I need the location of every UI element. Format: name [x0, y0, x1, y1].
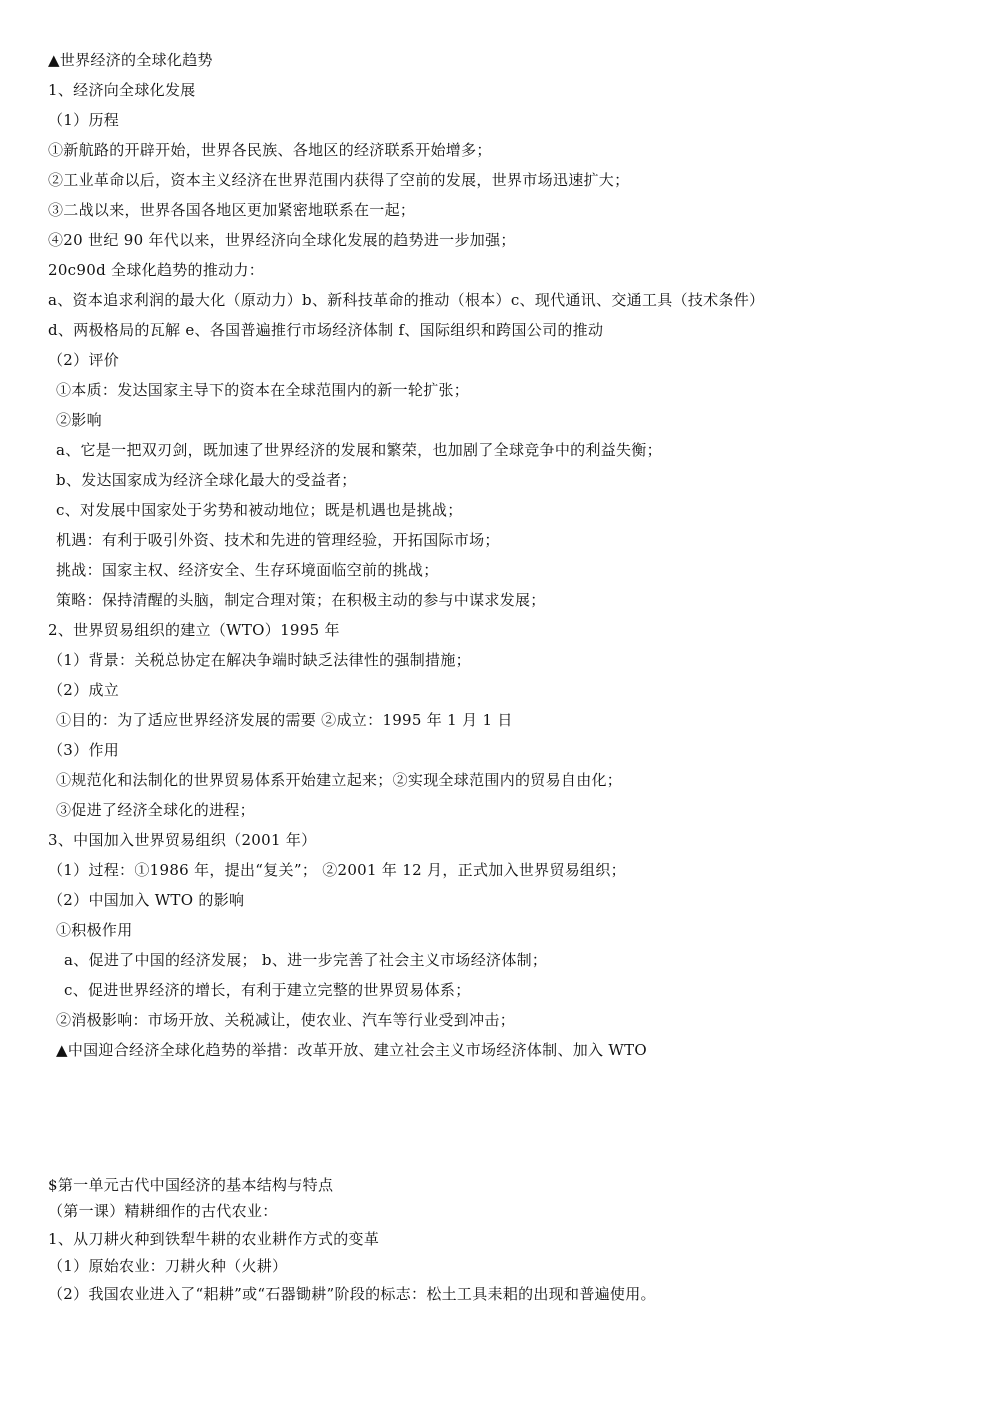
- text-line: ①规范化和法制化的世界贸易体系开始建立起来；②实现全球范围内的贸易自由化；: [56, 770, 622, 790]
- text-line: （2）成立: [48, 680, 119, 700]
- text-line: ▲世界经济的全球化趋势: [48, 50, 213, 70]
- text-line: 1、从刀耕火种到铁犁牛耕的农业耕作方式的变革: [48, 1229, 379, 1249]
- text-line: ②影响: [56, 410, 102, 430]
- text-line: （2）我国农业进入了“耜耕”或“石器锄耕”阶段的标志：松土工具耒耜的出现和普遍使…: [48, 1284, 656, 1304]
- text-line: （1）背景：关税总协定在解决争端时缺乏法律性的强制措施；: [48, 650, 471, 670]
- text-line: ①新航路的开辟开始，世界各民族、各地区的经济联系开始增多；: [48, 140, 492, 160]
- text-line: 策略：保持清醒的头脑，制定合理对策；在积极主动的参与中谋求发展；: [56, 590, 546, 610]
- text-line: （2）评价: [48, 350, 119, 370]
- text-line: （1）原始农业：刀耕火种（火耕）: [48, 1256, 287, 1276]
- text-line: c、促进世界经济的增长，有利于建立完整的世界贸易体系；: [64, 980, 471, 1000]
- text-line: a、促进了中国的经济发展； b、进一步完善了社会主义市场经济体制；: [64, 950, 547, 970]
- text-line: （3）作用: [48, 740, 119, 760]
- text-line: ②消极影响：市场开放、关税减让，使农业、汽车等行业受到冲击；: [56, 1010, 515, 1030]
- text-line: ③促进了经济全球化的进程；: [56, 800, 255, 820]
- text-line: ①目的：为了适应世界经济发展的需要 ②成立：1995 年 1 月 1 日: [56, 710, 513, 730]
- text-line: $第一单元古代中国经济的基本结构与特点: [48, 1175, 333, 1195]
- text-line: ②工业革命以后，资本主义经济在世界范围内获得了空前的发展，世界市场迅速扩大；: [48, 170, 629, 190]
- text-line: ①本质：发达国家主导下的资本在全球范围内的新一轮扩张；: [56, 380, 469, 400]
- text-line: （2）中国加入 WTO 的影响: [48, 890, 244, 910]
- text-line: a、它是一把双刃剑，既加速了世界经济的发展和繁荣，也加剧了全球竞争中的利益失衡；: [56, 440, 662, 460]
- text-line: b、发达国家成为经济全球化最大的受益者；: [56, 470, 357, 490]
- text-line: 机遇：有利于吸引外资、技术和先进的管理经验，开拓国际市场；: [56, 530, 500, 550]
- text-line: ③二战以来，世界各国各地区更加紧密地联系在一起；: [48, 200, 415, 220]
- text-line: ④20 世纪 90 年代以来，世界经济向全球化发展的趋势进一步加强；: [48, 230, 516, 250]
- text-line: 20c90d 全球化趋势的推动力：: [48, 260, 264, 280]
- text-line: a、资本追求利润的最大化（原动力）b、新科技革命的推动（根本）c、现代通讯、交通…: [48, 290, 764, 310]
- text-line: （1）历程: [48, 110, 119, 130]
- text-line: （1）过程：①1986 年，提出“复关”； ②2001 年 12 月，正式加入世…: [48, 860, 626, 880]
- text-line: 1、经济向全球化发展: [48, 80, 196, 100]
- text-line: 3、中国加入世界贸易组织（2001 年）: [48, 830, 317, 850]
- text-line: c、对发展中国家处于劣势和被动地位；既是机遇也是挑战；: [56, 500, 463, 520]
- text-line: 2、世界贸易组织的建立（WTO）1995 年: [48, 620, 340, 640]
- text-line: ①积极作用: [56, 920, 133, 940]
- text-line: d、两极格局的瓦解 e、各国普遍推行市场经济体制 f、国际组织和跨国公司的推动: [48, 320, 603, 340]
- document-page: ▲世界经济的全球化趋势1、经济向全球化发展（1）历程①新航路的开辟开始，世界各民…: [0, 0, 992, 1403]
- text-line: ▲中国迎合经济全球化趋势的举措：改革开放、建立社会主义市场经济体制、加入 WTO: [56, 1040, 647, 1060]
- text-line: （第一课）精耕细作的古代农业：: [48, 1201, 278, 1221]
- text-line: 挑战：国家主权、经济安全、生存环境面临空前的挑战；: [56, 560, 439, 580]
